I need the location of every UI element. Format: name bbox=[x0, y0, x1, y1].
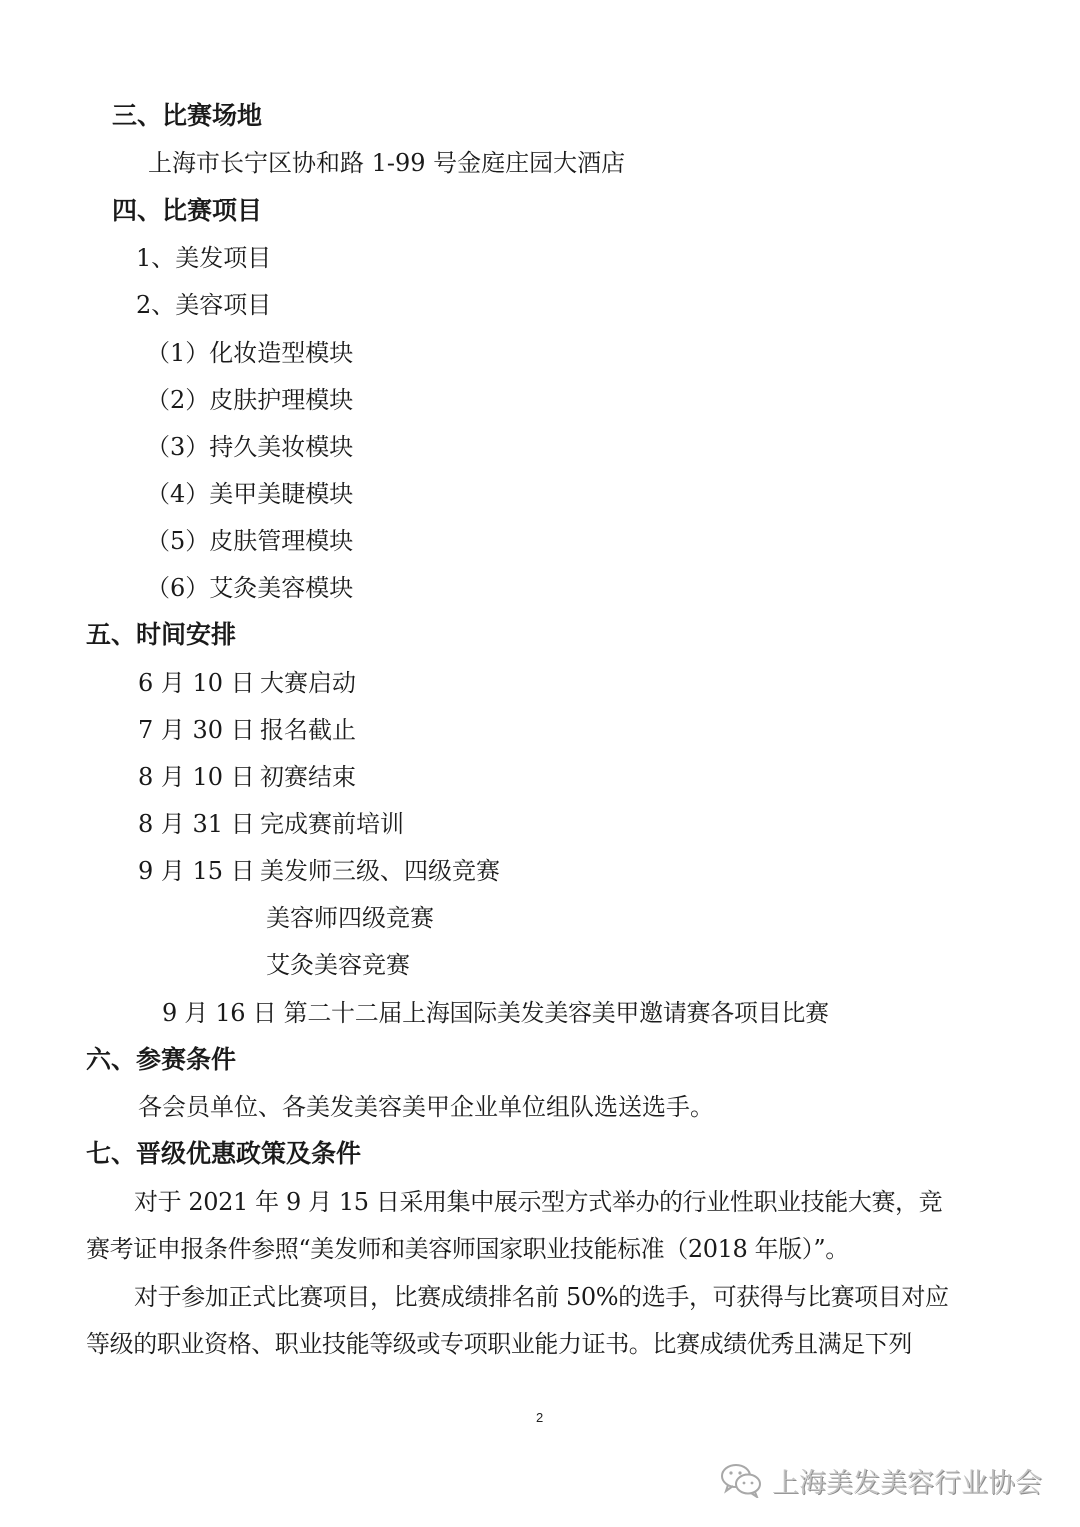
module-item: （1）化妆造型模块 bbox=[146, 337, 353, 369]
schedule-final-event: 9 月 16 日 第二十二届上海国际美发美容美甲邀请赛各项目比赛 bbox=[162, 997, 829, 1029]
watermark-text: 上海美发美容行业协会 bbox=[772, 1461, 1042, 1500]
schedule-date: 7 月 30 日 bbox=[138, 714, 255, 746]
schedule-date: 9 月 15 日 bbox=[138, 855, 255, 887]
promotion-paragraph-1-cont: 赛考证申报条件参照“美发师和美容师国家职业技能标准（2018 年版）”。 bbox=[86, 1233, 849, 1265]
schedule-event: 美发师三级、四级竞赛 bbox=[260, 855, 500, 887]
watermark: 上海美发美容行业协会 bbox=[720, 1460, 1042, 1500]
section-heading-schedule: 五、时间安排 bbox=[86, 619, 236, 651]
event-item-hair: 1、美发项目 bbox=[136, 242, 271, 274]
module-item: （2）皮肤护理模块 bbox=[146, 384, 353, 416]
promotion-paragraph-1: 对于 2021 年 9 月 15 日采用集中展示型方式举办的行业性职业技能大赛，… bbox=[134, 1186, 942, 1218]
schedule-event-continued: 美容师四级竞赛 bbox=[266, 902, 434, 934]
section-heading-promotion: 七、晋级优惠政策及条件 bbox=[86, 1138, 361, 1170]
schedule-date: 6 月 10 日 bbox=[138, 667, 255, 699]
schedule-event-continued: 艾灸美容竞赛 bbox=[266, 949, 410, 981]
module-item: （4）美甲美睫模块 bbox=[146, 478, 353, 510]
wechat-icon bbox=[720, 1462, 764, 1498]
eligibility-text: 各会员单位、各美发美容美甲企业单位组队选送选手。 bbox=[138, 1091, 714, 1123]
module-item: （3）持久美妆模块 bbox=[146, 431, 353, 463]
section-heading-events: 四、比赛项目 bbox=[112, 195, 262, 227]
module-item: （5）皮肤管理模块 bbox=[146, 525, 353, 557]
schedule-event: 大赛启动 bbox=[260, 667, 356, 699]
schedule-event: 初赛结束 bbox=[260, 761, 356, 793]
schedule-event: 完成赛前培训 bbox=[260, 808, 404, 840]
schedule-event: 报名截止 bbox=[260, 714, 356, 746]
promotion-paragraph-2: 对于参加正式比赛项目，比赛成绩排名前 50%的选手，可获得与比赛项目对应 bbox=[134, 1281, 949, 1313]
page-number: 2 bbox=[536, 1410, 543, 1425]
section-heading-venue: 三、比赛场地 bbox=[112, 100, 262, 132]
event-item-beauty: 2、美容项目 bbox=[136, 289, 271, 321]
schedule-date: 8 月 31 日 bbox=[138, 808, 255, 840]
venue-address: 上海市长宁区协和路 1-99 号金庭庄园大酒店 bbox=[148, 147, 625, 179]
promotion-paragraph-2-cont: 等级的职业资格、职业技能等级或专项职业能力证书。比赛成绩优秀且满足下列 bbox=[86, 1328, 912, 1360]
section-heading-eligibility: 六、参赛条件 bbox=[86, 1044, 236, 1076]
schedule-date: 8 月 10 日 bbox=[138, 761, 255, 793]
module-item: （6）艾灸美容模块 bbox=[146, 572, 353, 604]
